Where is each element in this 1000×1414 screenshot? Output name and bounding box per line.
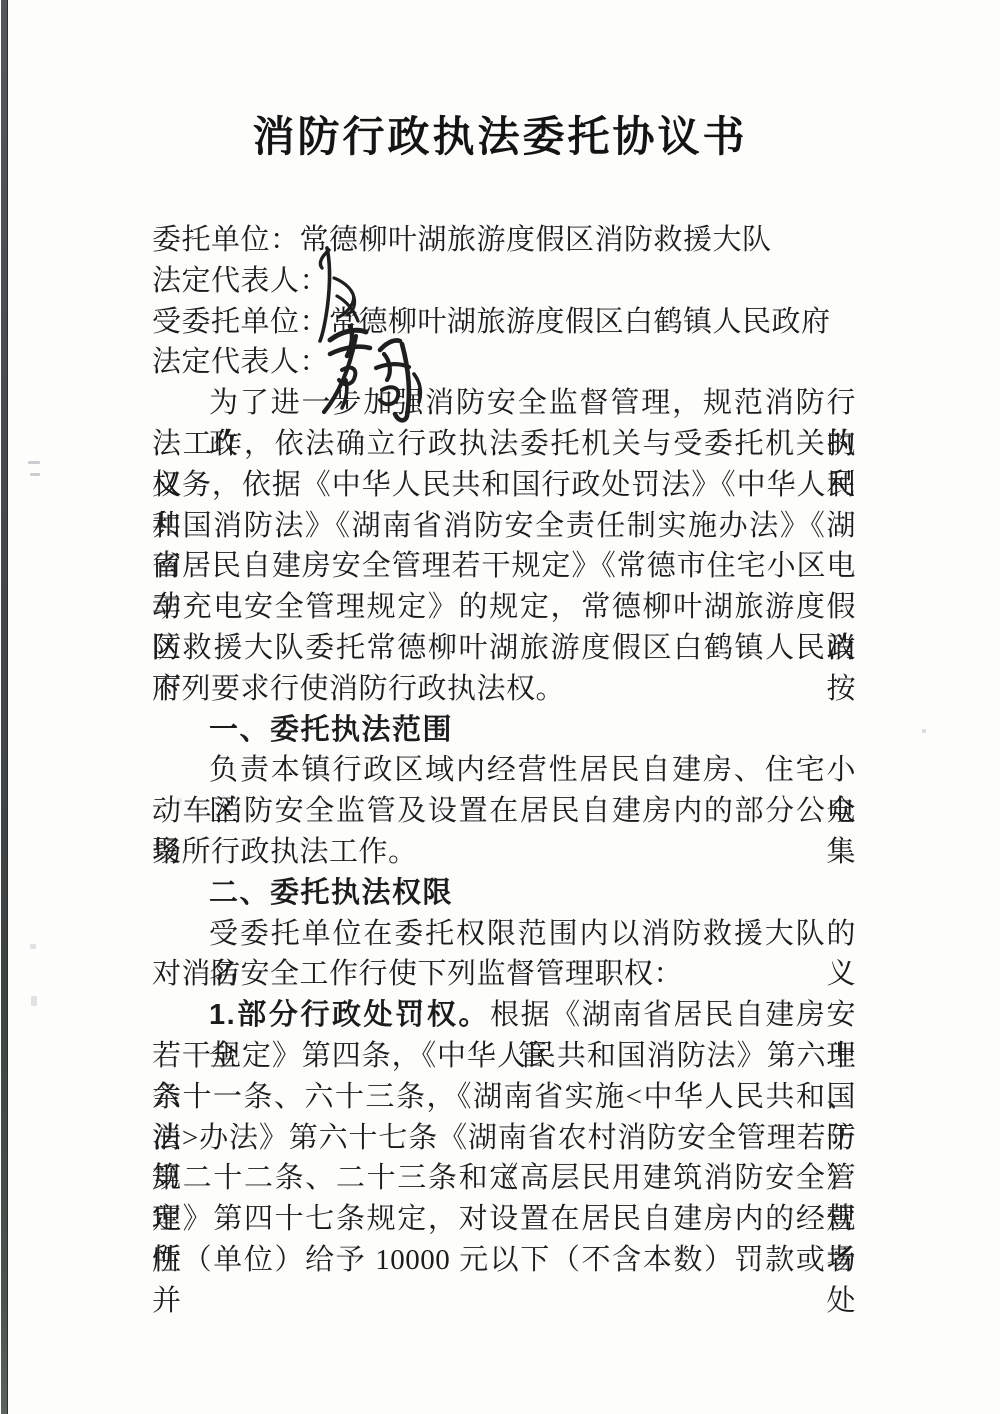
text-line: 所（单位）给予 10000 元以下（不含本数）罚款或者并处 <box>152 1240 856 1281</box>
text-line: 为了进一步加强消防安全监督管理，规范消防行政执 <box>152 383 856 424</box>
text-line: 1.部分行政处罚权。根据《湖南省居民自建房安全管理 <box>152 995 856 1036</box>
text-line: 负责本镇行政区域内经营性居民自建房、住宅小区电 <box>152 750 856 791</box>
text-line: 动车消防安全监管及设置在居民自建房内的部分公众聚集 <box>152 791 856 832</box>
text-line: 受委托单位在委托权限范围内以消防救援大队的名义 <box>152 914 856 955</box>
text-line: 委托单位：常德柳叶湖旅游度假区消防救援大队 <box>152 220 856 261</box>
scan-noise-speck <box>31 996 37 1006</box>
text-segment: 下列要求行使消防行政执法权。 <box>152 673 565 705</box>
text-segment: 对消防安全工作行使下列监督管理职权： <box>152 958 683 990</box>
text-line: 定》第四十七条规定，对设置在居民自建房内的经营性场 <box>152 1199 856 1240</box>
text-segment-bold: 一、委托执法范围 <box>209 714 453 746</box>
text-line: 若干规定》第四条，《中华人民共和国消防法》第六十条、 <box>152 1036 856 1077</box>
text-segment-bold: 二、委托执法权限 <box>209 877 453 909</box>
text-line: 车充电安全管理规定》的规定，常德柳叶湖旅游度假区消 <box>152 587 856 628</box>
text-line: 和国消防法》《湖南省消防安全责任制实施办法》《湖南 <box>152 506 856 547</box>
text-line: 受委托单位：常德柳叶湖旅游度假区白鹤镇人民政府 <box>152 302 856 343</box>
text-segment: 所（单位）给予 10000 元以下（不含本数）罚款或者并处 <box>152 1244 856 1317</box>
text-segment: 受委托单位：常德柳叶湖旅游度假区白鹤镇人民政府 <box>152 306 831 338</box>
text-line: 一、委托执法范围 <box>152 710 856 751</box>
text-line: 法定代表人： <box>152 261 856 302</box>
text-line: 义务，依据《中华人民共和国行政处罚法》《中华人民共 <box>152 465 856 506</box>
scanned-document-page: 消防行政执法委托协议书 委托单位：常德柳叶湖旅游度假区消防救援大队法定代表人：受… <box>0 0 1000 1414</box>
scan-noise-speck <box>30 944 36 949</box>
text-line: 二、委托执法权限 <box>152 873 856 914</box>
text-segment: 委托单位：常德柳叶湖旅游度假区消防救援大队 <box>152 224 772 256</box>
scan-noise-speck <box>922 729 926 733</box>
text-line: 法定代表人： <box>152 342 856 383</box>
text-segment: 场所行政执法工作。 <box>152 836 418 868</box>
entrusted-representative-signature-icon <box>318 318 440 430</box>
text-line: 六十一条、六十三条，《湖南省实施<中华人民共和国消防 <box>152 1077 856 1118</box>
text-line: 第二十二条、二十三条和《高层民用建筑消防安全管理规 <box>152 1158 856 1199</box>
text-line: 防救援大队委托常德柳叶湖旅游度假区白鹤镇人民政府按 <box>152 628 856 669</box>
text-line: 省居民自建房安全管理若干规定》《常德市住宅小区电动 <box>152 546 856 587</box>
text-line: 法>办法》第六十七条《湖南省农村消防安全管理若干规定》 <box>152 1118 856 1159</box>
document-title: 消防行政执法委托协议书 <box>0 104 1000 164</box>
text-line: 法工作，依法确立行政执法委托机关与受委托机关的权利 <box>152 424 856 465</box>
document-lines: 委托单位：常德柳叶湖旅游度假区消防救援大队法定代表人：受委托单位：常德柳叶湖旅游… <box>152 220 856 1281</box>
text-segment-bold: 1.部分行政处罚权。 <box>209 999 490 1031</box>
scan-noise-speck <box>30 473 40 476</box>
scanner-edge-strip <box>1 0 8 1414</box>
scan-noise-speck <box>28 461 40 464</box>
text-segment: 法定代表人： <box>152 346 329 378</box>
scan-noise-speck <box>177 798 182 802</box>
